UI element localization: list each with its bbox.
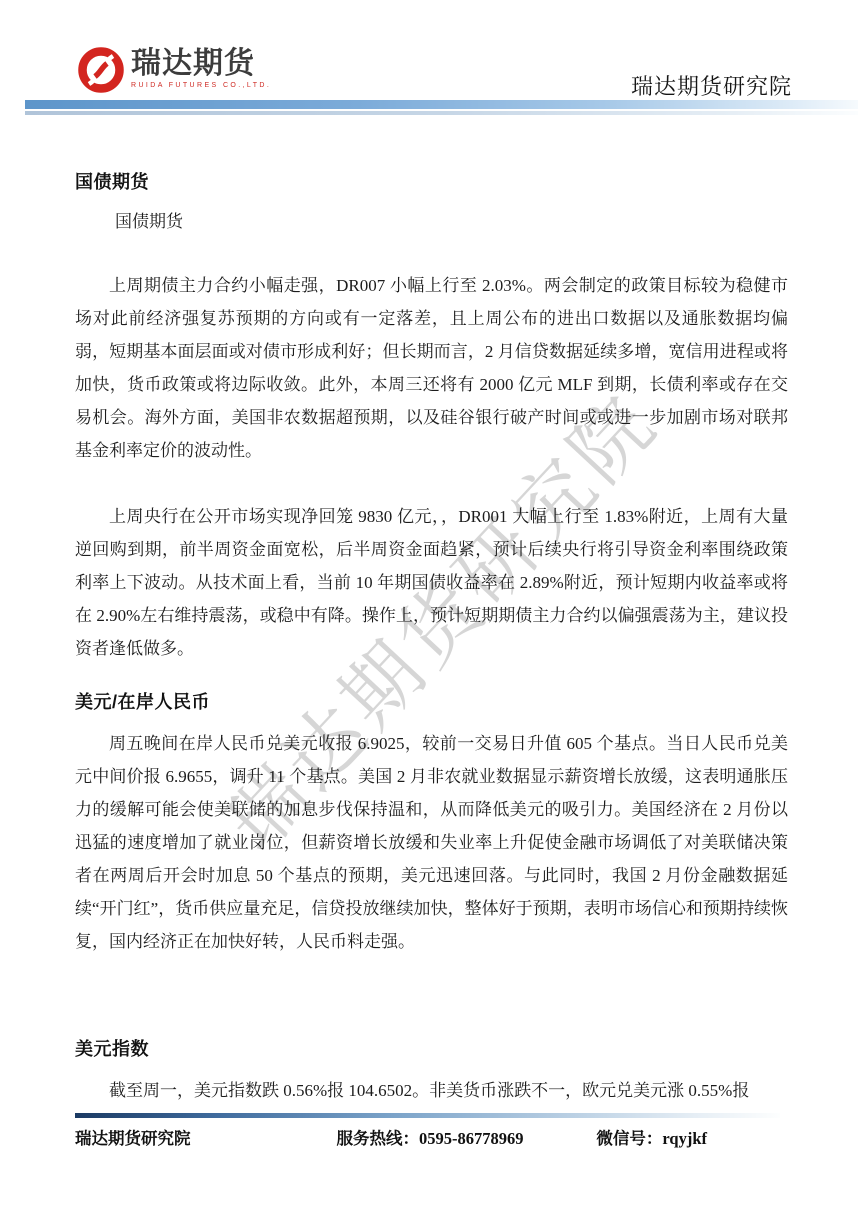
footer-divider-bar (75, 1113, 780, 1118)
footer-hotline: 服务热线：0595-86778969 (337, 1125, 524, 1149)
section-heading-treasury-futures: 国债期货 (75, 168, 788, 194)
header-divider-band-top (25, 100, 858, 109)
header-divider-band-bottom (25, 111, 858, 115)
section-heading-usd-cny: 美元/在岸人民币 (75, 688, 788, 714)
paragraph-treasury-1: 上周期债主力合约小幅走强，DR007 小幅上行至 2.03%。两会制定的政策目标… (75, 269, 788, 467)
section-heading-usd-index: 美元指数 (75, 1035, 788, 1061)
brand-text: 瑞达期货 RUIDA FUTURES CO.,LTD. (131, 45, 271, 89)
brand-subtitle: RUIDA FUTURES CO.,LTD. (131, 82, 271, 89)
paragraph-treasury-2: 上周央行在公开市场实现净回笼 9830 亿元，，DR001 大幅上行至 1.83… (75, 500, 788, 665)
header-institute-title: 瑞达期货研究院 (631, 70, 792, 101)
footer-institute: 瑞达期货研究院 (75, 1125, 191, 1149)
paragraph-usd-index-1: 截至周一，美元指数跌 0.56%报 104.6502。非美货币涨跌不一，欧元兑美… (75, 1074, 788, 1107)
document-body: 国债期货 国债期货 上周期债主力合约小幅走强，DR007 小幅上行至 2.03%… (75, 168, 788, 1107)
report-page: 瑞达期货 RUIDA FUTURES CO.,LTD. 瑞达期货研究院 瑞达期货… (0, 0, 860, 1217)
footer-wechat-id: 微信号：rqyjkf (596, 1125, 707, 1149)
paragraph-usd-cny-1: 周五晚间在岸人民币兑美元收报 6.9025，较前一交易日升值 605 个基点。当… (75, 727, 788, 958)
section-subheading-treasury-futures: 国债期货 (115, 207, 788, 232)
brand-name: 瑞达期货 (131, 48, 271, 80)
header-divider-bar (25, 100, 858, 115)
brand-logo: 瑞达期货 RUIDA FUTURES CO.,LTD. (76, 45, 271, 95)
ruida-futures-logo-icon (76, 45, 126, 95)
footer: 瑞达期货研究院 服务热线：0595-86778969 微信号：rqyjkf (75, 1125, 785, 1149)
